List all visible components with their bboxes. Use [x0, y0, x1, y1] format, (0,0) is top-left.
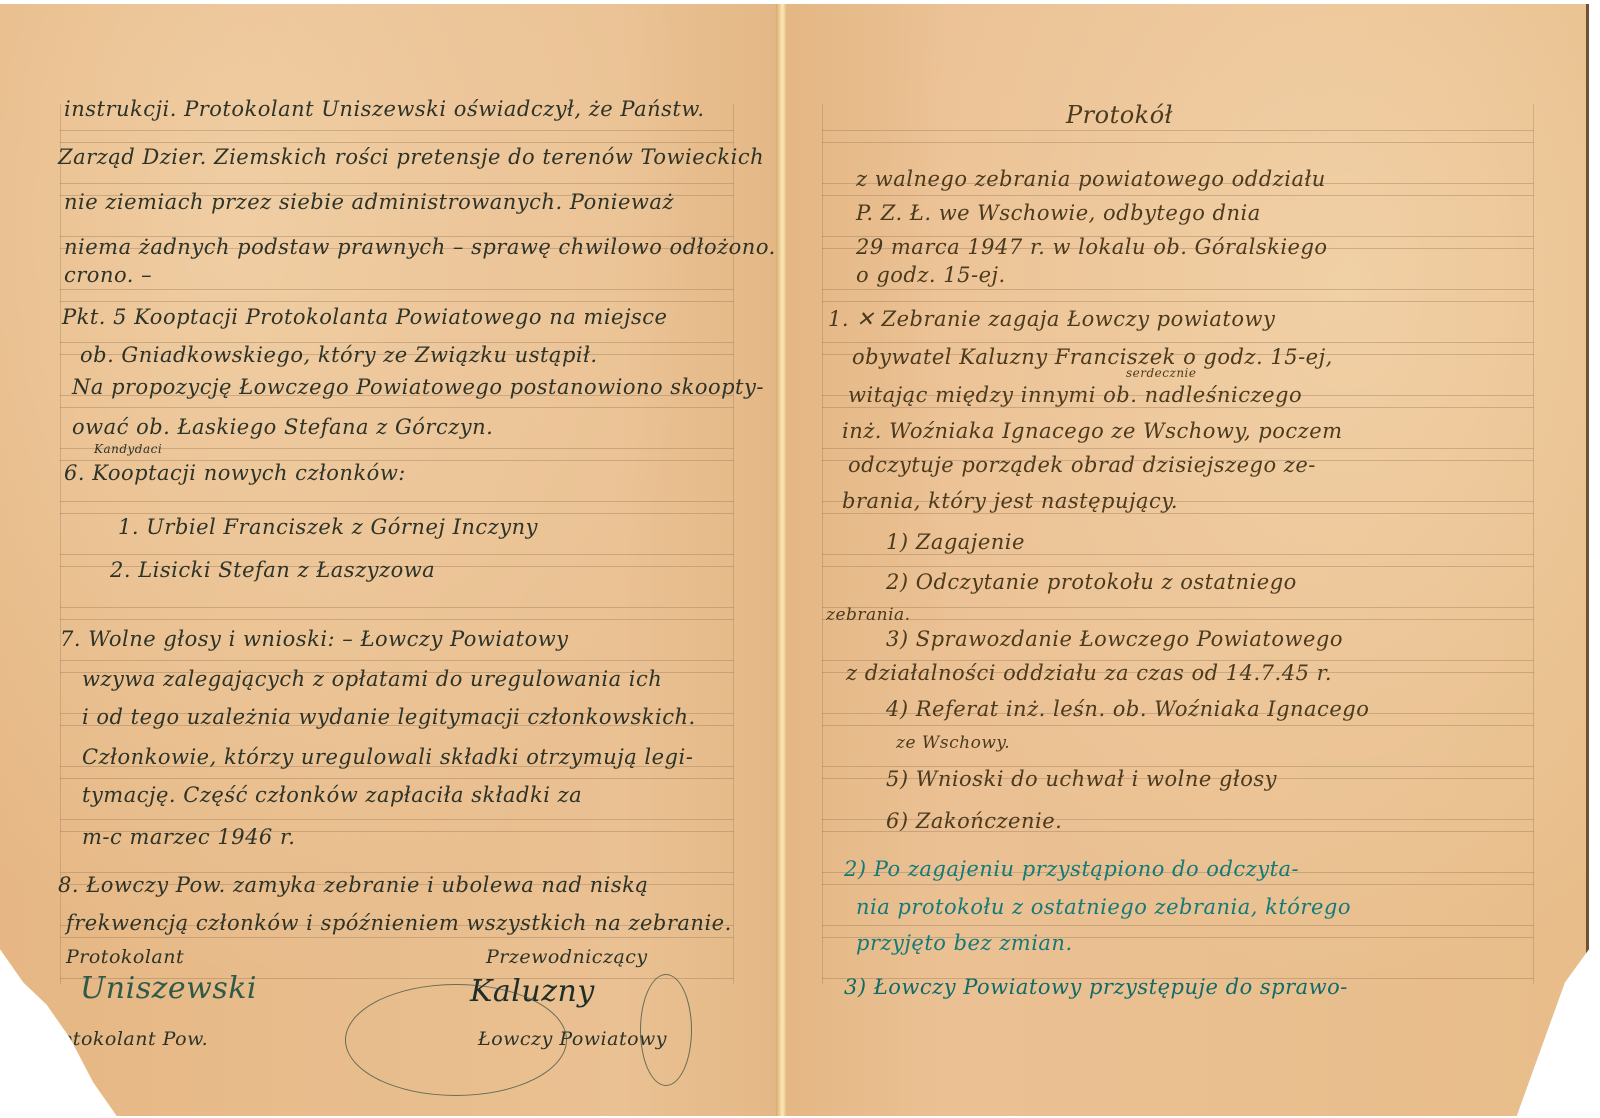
item-2-heading: 2) Po zagajeniu przystąpiono do odczyta- — [844, 856, 1299, 882]
protokolant-title: Protokolant Pow. — [38, 1026, 208, 1052]
text-line: frekwencją członków i spóźnieniem wszyst… — [66, 910, 732, 936]
agenda-item: 1) Zagajenie — [886, 529, 1025, 555]
text-line: crono. – — [64, 262, 152, 288]
text-line: nie ziemiach przez siebie administrowany… — [64, 189, 674, 215]
text-line: tymację. Część członków zapłaciła składk… — [82, 782, 582, 808]
protokolant-label: Protokolant — [66, 944, 184, 970]
text-line: ob. Gniadkowskiego, który ze Związku ust… — [80, 342, 598, 368]
chairman-label: Przewodniczący — [486, 944, 648, 970]
agenda-item-continued: zebrania. — [826, 602, 911, 628]
candidate-item: 1. Urbiel Franciszek z Górnej Inczyny — [118, 514, 538, 540]
signature-flourish — [640, 974, 692, 1086]
agenda-item: 4) Referat inż. leśn. ob. Woźniaka Ignac… — [886, 696, 1369, 722]
text-line: ować ob. Łaskiego Stefana z Górczyn. — [72, 414, 493, 440]
item-8-heading: 8. Łowczy Pow. zamyka zebranie i ubolewa… — [58, 872, 648, 898]
agenda-item: 3) Sprawozdanie Łowczego Powiatowego — [886, 626, 1343, 652]
item-6-heading: 6. Kooptacji nowych członków: — [64, 460, 406, 486]
header-line: 29 marca 1947 r. w lokalu ob. Góralskieg… — [856, 234, 1328, 260]
right-page: Protokół z walnego zebrania powiatowego … — [786, 4, 1589, 1116]
text-line: inż. Woźniaka Ignacego ze Wschowy, pocze… — [842, 418, 1343, 444]
text-line: Na propozycję Łowczego Powiatowego posta… — [72, 374, 764, 400]
candidate-item: 2. Lisicki Stefan z Łaszyzowa — [110, 557, 435, 583]
page-title: Protokół — [1066, 102, 1173, 128]
agenda-item: 6) Zakończenie. — [886, 808, 1062, 834]
text-line: wzywa zalegających z opłatami do uregulo… — [82, 666, 662, 692]
text-line: m-c marzec 1946 r. — [82, 824, 295, 850]
item-3-heading: 3) Łowczy Powiatowy przystępuje do spraw… — [844, 974, 1348, 1000]
text-line: instrukcji. Protokolant Uniszewski oświa… — [64, 96, 705, 122]
correction-insert: serdecznie — [1126, 366, 1197, 380]
text-line: i od tego uzależnia wydanie legitymacji … — [82, 704, 696, 730]
protokolant-signature: Uniszewski — [80, 976, 257, 1002]
correction-insert: Kandydaci — [94, 442, 162, 456]
text-line: witając między innymi ob. nadleśniczego — [848, 382, 1302, 408]
header-line: z walnego zebrania powiatowego oddziału — [856, 166, 1326, 192]
item-7-heading: 7. Wolne głosy i wnioski: – Łowczy Powia… — [60, 626, 569, 652]
text-line: odczytuje porządek obrad dzisiejszego ze… — [848, 452, 1316, 478]
item-5-heading: Pkt. 5 Kooptacji Protokolanta Powiatoweg… — [62, 304, 667, 330]
agenda-item-continued: z działalności oddziału za czas od 14.7.… — [846, 660, 1332, 686]
item-1-heading: 1. ✕ Zebranie zagaja Łowczy powiatowy — [828, 306, 1275, 332]
signature-flourish — [345, 984, 567, 1096]
text-line: nia protokołu z ostatniego zebrania, któ… — [856, 894, 1351, 920]
header-line: o godz. 15-ej. — [856, 262, 1006, 288]
left-page: instrukcji. Protokolant Uniszewski oświa… — [0, 4, 778, 1116]
text-line: obywatel Kaluzny Franciszek o godz. 15-e… — [852, 344, 1333, 370]
text-line: przyjęto bez zmian. — [856, 930, 1073, 956]
agenda-item: 2) Odczytanie protokołu z ostatniego — [886, 569, 1297, 595]
text-line: Zarząd Dzier. Ziemskich rości pretensje … — [58, 144, 764, 170]
text-line: brania, który jest następujący. — [842, 488, 1178, 514]
text-line: niema żadnych podstaw prawnych – sprawę … — [64, 234, 776, 260]
agenda-item-continued: ze Wschowy. — [896, 730, 1010, 756]
agenda-item: 5) Wnioski do uchwał i wolne głosy — [886, 766, 1277, 792]
notebook-spread: instrukcji. Protokolant Uniszewski oświa… — [0, 0, 1600, 1118]
header-line: P. Z. Ł. we Wschowie, odbytego dnia — [856, 200, 1261, 226]
text-line: Członkowie, którzy uregulowali składki o… — [82, 744, 693, 770]
